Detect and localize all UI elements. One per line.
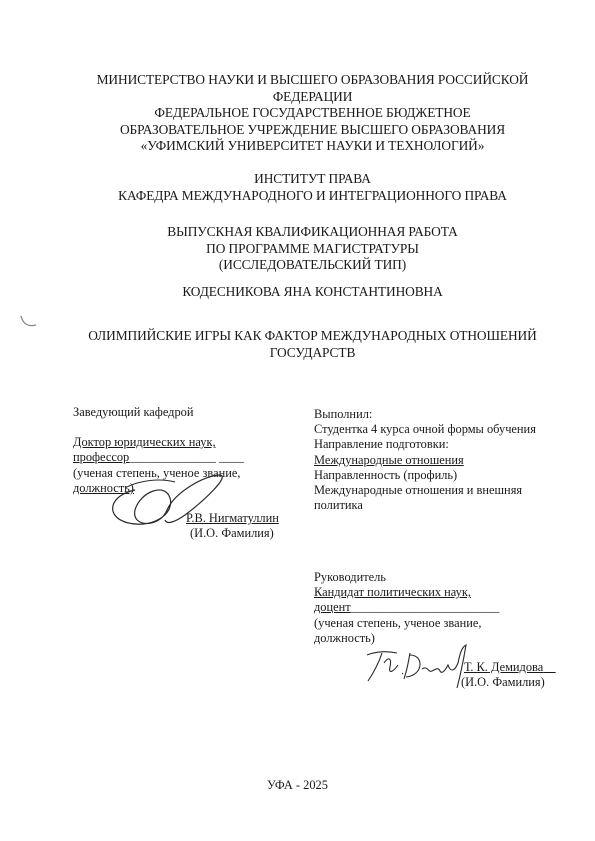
executor-block: Выполнил: Студентка 4 курса очной формы …: [314, 407, 536, 513]
supervisor-degree-line2: доцент: [314, 600, 351, 614]
work-type-line: (ИССЛЕДОВАТЕЛЬСКИЙ ТИП): [60, 257, 565, 274]
supervisor-name-text: Т. К. Демидова: [464, 660, 543, 674]
profile-line2: политика: [314, 498, 536, 513]
supervisor-label: Руководитель: [314, 570, 499, 585]
executor-label: Выполнил:: [314, 407, 536, 422]
author-name-text: КОДЕСНИКОВА ЯНА КОНСТАНТИНОВНА: [60, 284, 565, 301]
department-name: КАФЕДРА МЕЖДУНАРОДНОГО И ИНТЕГРАЦИОННОГО…: [60, 188, 565, 205]
institute-block: ИНСТИТУТ ПРАВА КАФЕДРА МЕЖДУНАРОДНОГО И …: [60, 171, 565, 204]
direction-label: Направление подготовки:: [314, 437, 536, 452]
thesis-title-line: ОЛИМПИЙСКИЕ ИГРЫ КАК ФАКТОР МЕЖДУНАРОДНЫ…: [60, 328, 565, 345]
supervisor-block: Руководитель Кандидат политических наук,…: [314, 570, 499, 646]
institute-name: ИНСТИТУТ ПРАВА: [60, 171, 565, 188]
ministry-line: ОБРАЗОВАТЕЛЬНОЕ УЧРЕЖДЕНИЕ ВЫСШЕГО ОБРАЗ…: [60, 122, 565, 139]
profile-label: Направленность (профиль): [314, 468, 536, 483]
ministry-line: «УФИМСКИЙ УНИВЕРСИТЕТ НАУКИ И ТЕХНОЛОГИЙ…: [60, 138, 565, 155]
ministry-header: МИНИСТЕРСТВО НАУКИ И ВЫСШЕГО ОБРАЗОВАНИЯ…: [60, 72, 565, 155]
executor-status: Студентка 4 курса очной формы обучения: [314, 422, 536, 437]
thesis-title-line: ГОСУДАРСТВ: [60, 345, 565, 362]
supervisor-degree-blank: ________________________: [351, 600, 500, 614]
supervisor-hint-line1: (ученая степень, ученое звание,: [314, 616, 499, 631]
head-degree-blank: ______________ ____: [129, 450, 244, 464]
profile-line1: Международные отношения и внешняя: [314, 483, 536, 498]
head-degree-line2: профессор: [73, 450, 129, 464]
punch-hole-mark: [18, 310, 40, 332]
supervisor-name: Т. К. Демидова: [464, 660, 556, 675]
head-name: Р.В. Нигматуллин: [186, 511, 279, 526]
work-type-line: ПО ПРОГРАММЕ МАГИСТРАТУРЫ: [60, 241, 565, 258]
ministry-line: МИНИСТЕРСТВО НАУКИ И ВЫСШЕГО ОБРАЗОВАНИЯ…: [60, 72, 565, 89]
head-name-hint: (И.О. Фамилия): [190, 526, 274, 541]
supervisor-name-hint: (И.О. Фамилия): [461, 675, 545, 690]
author-name: КОДЕСНИКОВА ЯНА КОНСТАНТИНОВНА: [60, 284, 565, 301]
work-type-block: ВЫПУСКНАЯ КВАЛИФИКАЦИОННАЯ РАБОТА ПО ПРО…: [60, 224, 565, 274]
thesis-title: ОЛИМПИЙСКИЕ ИГРЫ КАК ФАКТОР МЕЖДУНАРОДНЫ…: [60, 328, 565, 361]
head-degree-line1: Доктор юридических наук,: [73, 435, 244, 450]
ministry-line: ФЕДЕРАЛЬНОЕ ГОСУДАРСТВЕННОЕ БЮДЖЕТНОЕ: [60, 105, 565, 122]
supervisor-degree-line1: Кандидат политических наук,: [314, 585, 499, 600]
work-type-line: ВЫПУСКНАЯ КВАЛИФИКАЦИОННАЯ РАБОТА: [60, 224, 565, 241]
ministry-line: ФЕДЕРАЦИИ: [60, 89, 565, 106]
city-year: УФА - 2025: [0, 778, 595, 793]
head-label: Заведующий кафедрой: [73, 405, 244, 420]
direction-value: Международные отношения: [314, 453, 536, 468]
